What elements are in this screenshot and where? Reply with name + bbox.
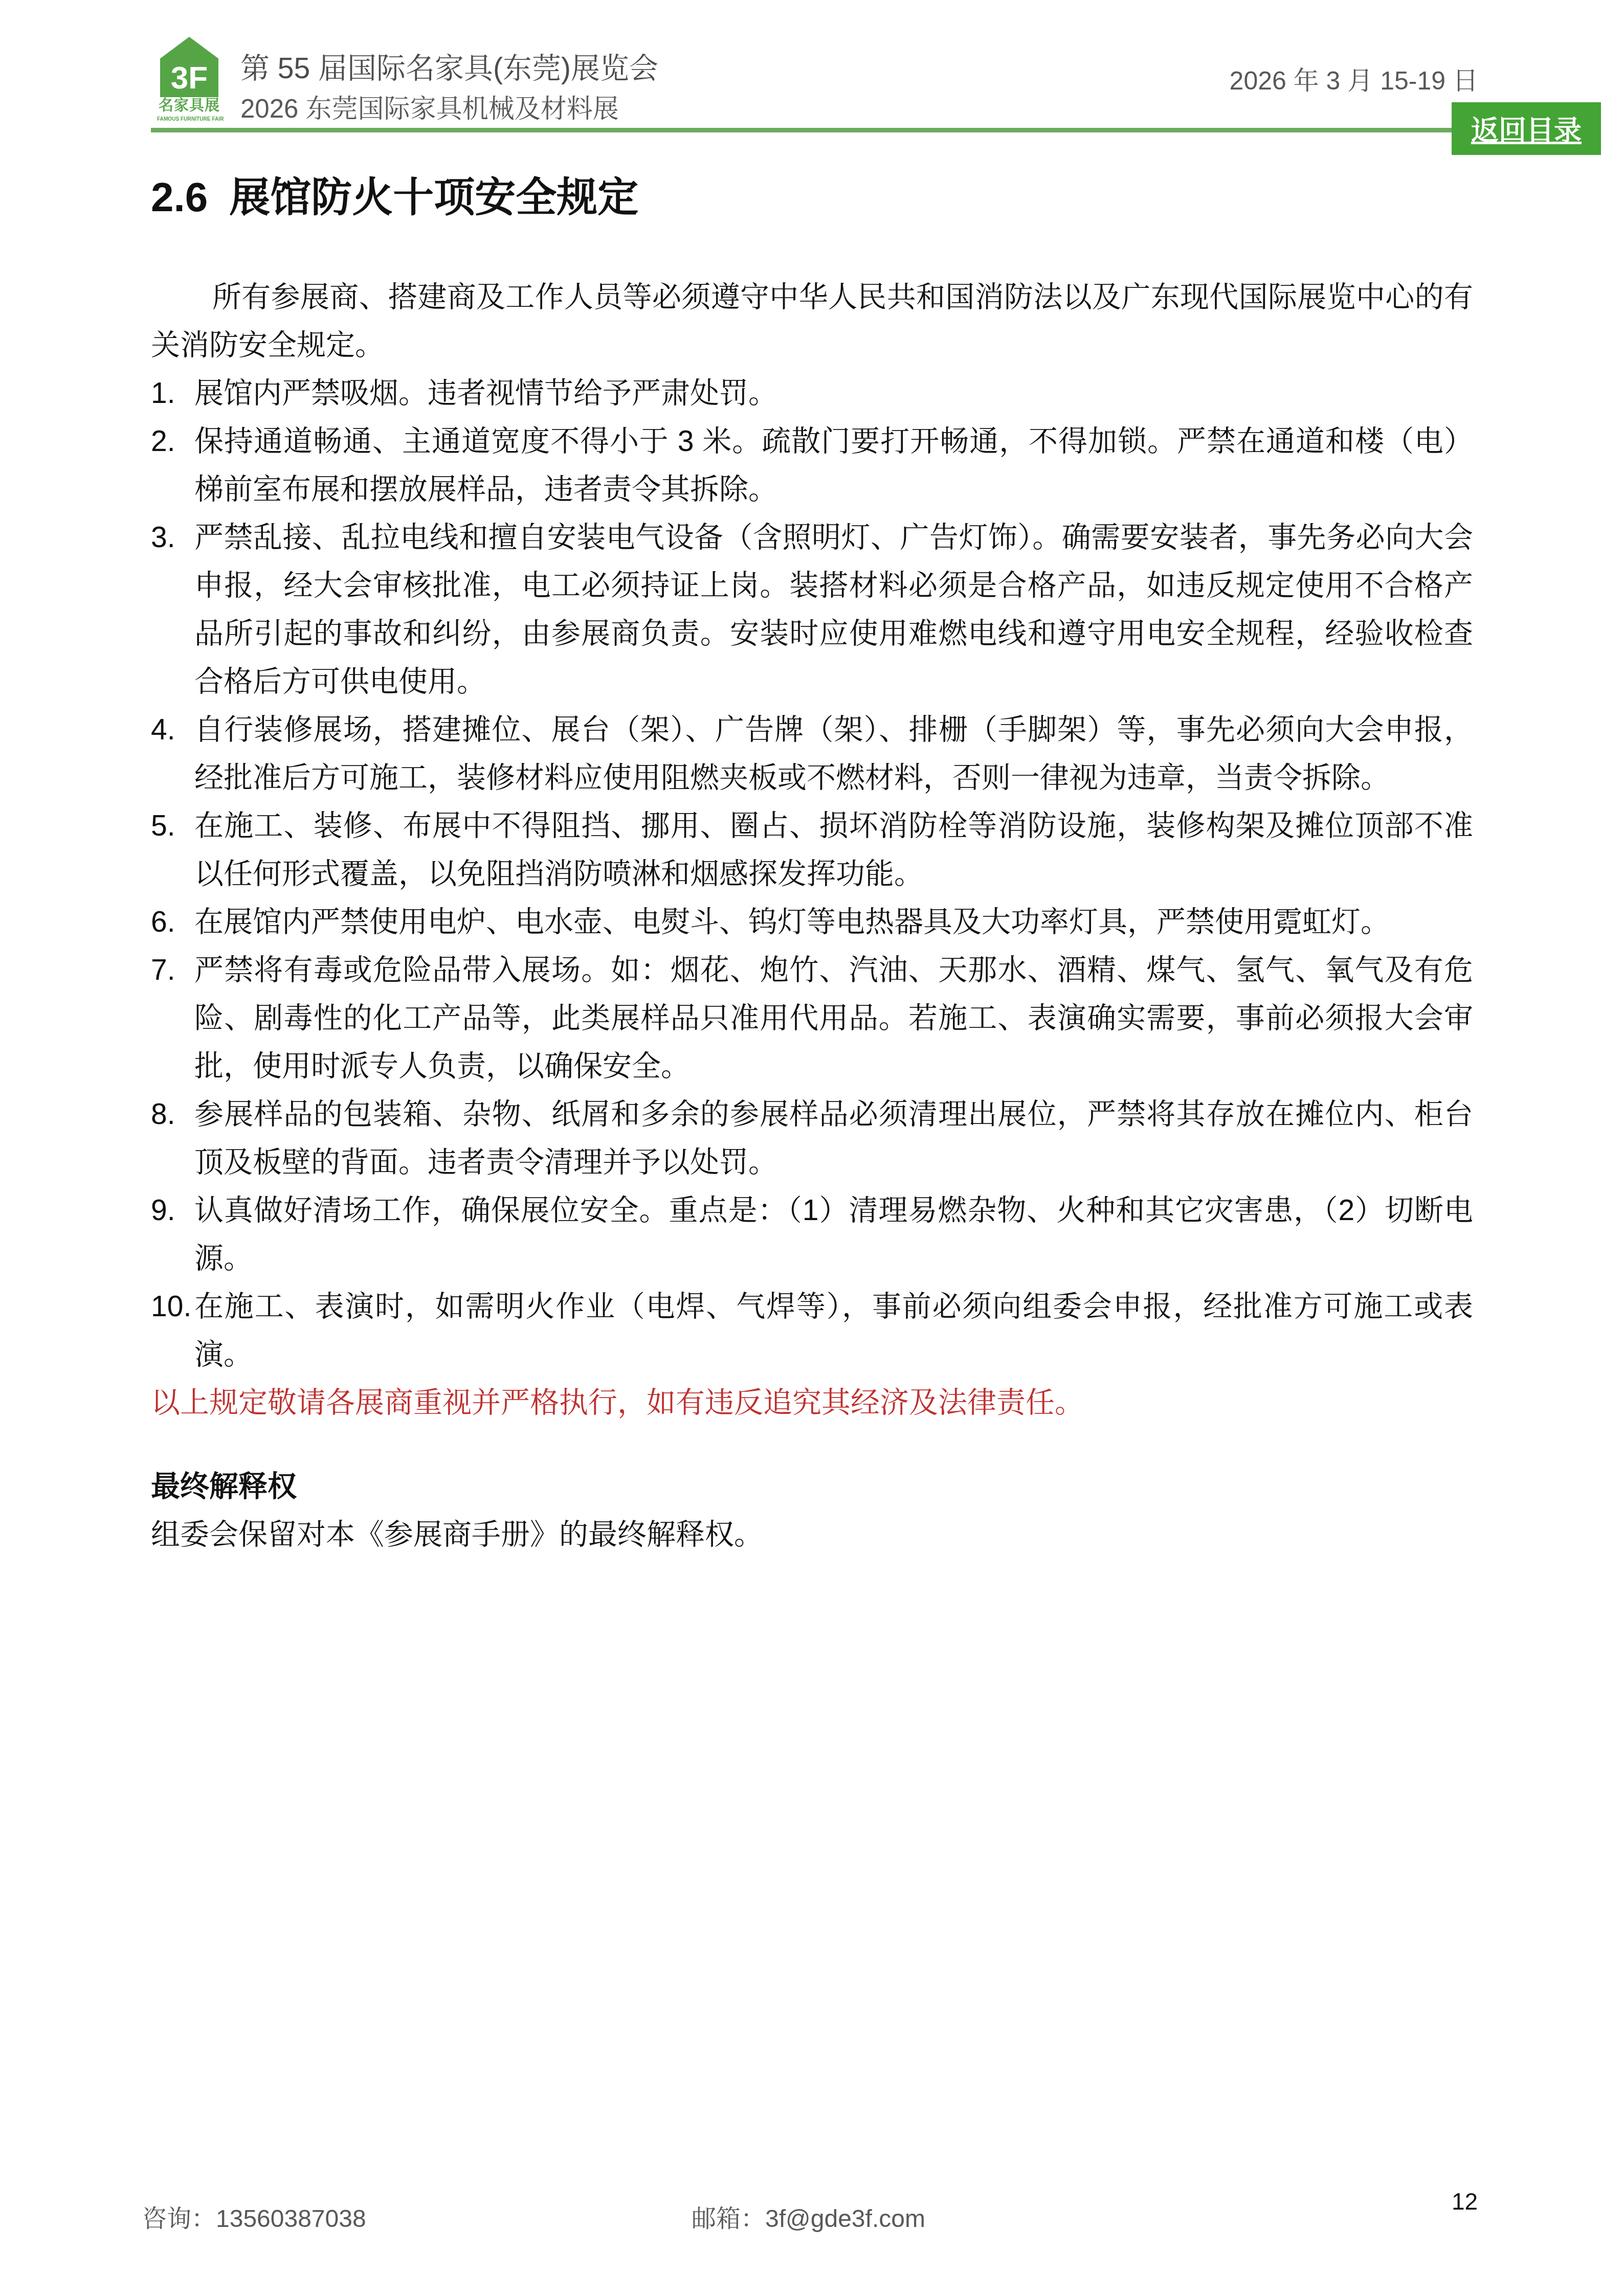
- rule-text: 严禁乱接、乱拉电线和擅自安装电气设备（含照明灯、广告灯饰）。确需要安装者，事先务…: [194, 521, 1473, 698]
- warning-text: 以上规定敬请各展商重视并严格执行，如有违反追究其经济及法律责任。: [151, 1379, 1473, 1427]
- rule-text: 自行装修展场，搭建摊位、展台（架）、广告牌（架）、排栅（手脚架）等，事先必须向大…: [194, 713, 1473, 794]
- logo-name: 名家具展: [158, 98, 220, 115]
- section-heading: 2.6展馆防火十项安全规定: [151, 173, 1473, 222]
- fair-subtitle: 2026 东莞国际家具机械及材料展: [240, 93, 619, 124]
- final-rights-text: 组委会保留对本《参展商手册》的最终解释权。: [151, 1511, 1473, 1559]
- rule-number: 7.: [151, 946, 175, 994]
- rule-text: 认真做好清场工作，确保展位安全。重点是：（1）清理易燃杂物、火种和其它灾害患，（…: [194, 1194, 1473, 1275]
- rule-number: 1.: [151, 369, 175, 417]
- header-divider: [151, 128, 1452, 132]
- back-to-toc-button[interactable]: 返回目录: [1452, 102, 1601, 155]
- rule-text: 参展样品的包装箱、杂物、纸屑和多余的参展样品必须清理出展位，严禁将其存放在摊位内…: [194, 1098, 1473, 1179]
- rule-item-4: 4. 自行装修展场，搭建摊位、展台（架）、广告牌（架）、排栅（手脚架）等，事先必…: [151, 706, 1473, 802]
- logo-3f-house-icon: 3F: [160, 37, 218, 97]
- rule-text: 在展馆内严禁使用电炉、电水壶、电熨斗、钨灯等电热器具及大功率灯具，严禁使用霓虹灯…: [194, 906, 1390, 938]
- rule-item-6: 6. 在展馆内严禁使用电炉、电水壶、电熨斗、钨灯等电热器具及大功率灯具，严禁使用…: [151, 898, 1473, 946]
- rule-text: 在施工、表演时，如需明火作业（电焊、气焊等），事前必须向组委会申报，经批准方可施…: [194, 1290, 1473, 1371]
- section-number: 2.6: [151, 174, 208, 220]
- rule-text: 在施工、装修、布展中不得阻挡、挪用、圈占、损坏消防栓等消防设施，装修构架及摊位顶…: [194, 809, 1473, 890]
- final-rights-heading: 最终解释权: [151, 1462, 1473, 1511]
- rule-number: 10.: [151, 1282, 191, 1331]
- rule-number: 4.: [151, 706, 175, 754]
- fair-dates: 2026 年 3 月 15-19 日: [1230, 65, 1478, 96]
- rules-list: 1. 展馆内严禁吸烟。违者视情节给予严肃处罚。 2. 保持通道畅通、主通道宽度不…: [151, 369, 1473, 1379]
- rule-item-7: 7. 严禁将有毒或危险品带入展场。如：烟花、炮竹、汽油、天那水、酒精、煤气、氢气…: [151, 946, 1473, 1090]
- rule-item-2: 2. 保持通道畅通、主通道宽度不得小于 3 米。疏散门要打开畅通，不得加锁。严禁…: [151, 417, 1473, 513]
- rule-text: 保持通道畅通、主通道宽度不得小于 3 米。疏散门要打开畅通，不得加锁。严禁在通道…: [194, 425, 1473, 506]
- document-body: 2.6展馆防火十项安全规定 所有参展商、搭建商及工作人员等必须遵守中华人民共和国…: [151, 173, 1473, 1559]
- fair-title: 第 55 届国际名家具(东莞)展览会: [240, 51, 658, 86]
- rule-text: 展馆内严禁吸烟。违者视情节给予严肃处罚。: [194, 377, 777, 410]
- rule-item-10: 10. 在施工、表演时，如需明火作业（电焊、气焊等），事前必须向组委会申报，经批…: [151, 1282, 1473, 1379]
- footer-email: 邮箱：3f@gde3f.com: [692, 2199, 925, 2234]
- rule-number: 6.: [151, 898, 175, 946]
- logo-mark: 3F: [171, 62, 208, 94]
- logo-tagline: FAMOUS FURNITURE FAIR: [157, 117, 218, 122]
- rule-item-8: 8. 参展样品的包装箱、杂物、纸屑和多余的参展样品必须清理出展位，严禁将其存放在…: [151, 1090, 1473, 1186]
- intro-paragraph: 所有参展商、搭建商及工作人员等必须遵守中华人民共和国消防法以及广东现代国际展览中…: [151, 273, 1473, 369]
- section-title: 展馆防火十项安全规定: [229, 174, 638, 220]
- rule-number: 2.: [151, 417, 175, 465]
- rule-text: 严禁将有毒或危险品带入展场。如：烟花、炮竹、汽油、天那水、酒精、煤气、氢气、氧气…: [194, 954, 1473, 1083]
- rule-item-5: 5. 在施工、装修、布展中不得阻挡、挪用、圈占、损坏消防栓等消防设施，装修构架及…: [151, 802, 1473, 898]
- page-number: 12: [1452, 2188, 1478, 2215]
- footer-phone: 咨询：13560387038: [142, 2199, 366, 2234]
- rule-number: 5.: [151, 802, 175, 850]
- rule-item-9: 9. 认真做好清场工作，确保展位安全。重点是：（1）清理易燃杂物、火种和其它灾害…: [151, 1186, 1473, 1282]
- rule-number: 8.: [151, 1090, 175, 1138]
- rule-number: 3.: [151, 513, 175, 561]
- rule-item-3: 3. 严禁乱接、乱拉电线和擅自安装电气设备（含照明灯、广告灯饰）。确需要安装者，…: [151, 513, 1473, 706]
- page: 3F 名家具展 FAMOUS FURNITURE FAIR 第 55 届国际名家…: [0, 0, 1624, 2296]
- rule-item-1: 1. 展馆内严禁吸烟。违者视情节给予严肃处罚。: [151, 369, 1473, 417]
- rule-number: 9.: [151, 1186, 175, 1234]
